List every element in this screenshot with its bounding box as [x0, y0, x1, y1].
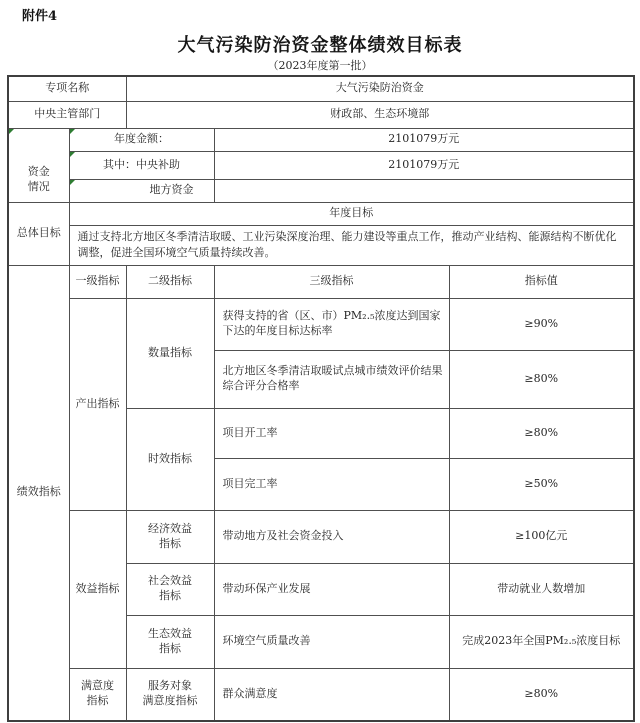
- ecological-benefit-indicator-cell: 生态效益 指标: [126, 615, 214, 668]
- overall-goal-label-cell: 总体目标: [8, 202, 69, 265]
- local-fund-label-cell: 地方资金: [69, 179, 214, 202]
- row-annual-goal-header: 总体目标 年度目标: [8, 202, 634, 225]
- row-annual-amount: 资金 情况 年度金额： 2101079万元: [8, 128, 634, 151]
- header-target-value-cell: 指标值: [449, 265, 634, 298]
- target-value-cell-2: ≥80%: [449, 350, 634, 408]
- target-value-cell-3: ≥80%: [449, 408, 634, 458]
- benefit-indicator-group-cell: 效益指标: [69, 510, 126, 668]
- green-corner-marker-icon: [70, 129, 75, 134]
- green-corner-marker-icon: [70, 152, 75, 157]
- funding-section-label-cell: 资金 情况: [8, 128, 69, 202]
- row-central-subsidy: 其中：中央补助 2101079万元: [8, 151, 634, 179]
- indicator-cell-4: 项目完工率: [214, 458, 449, 510]
- performance-section-label-cell: 绩效指标: [8, 265, 69, 721]
- target-value-cell-6: 带动就业人数增加: [449, 563, 634, 615]
- header-level2-cell: 二级指标: [126, 265, 214, 298]
- document-title: 大气污染防治资金整体绩效目标表: [0, 31, 640, 57]
- row-department: 中央主管部门 财政部、生态环境部: [8, 101, 634, 128]
- quantity-indicator-cell: 数量指标: [126, 298, 214, 408]
- target-value-cell-5: ≥100亿元: [449, 510, 634, 563]
- service-satisfaction-indicator-cell: 服务对象 满意度指标: [126, 668, 214, 721]
- department-label-cell: 中央主管部门: [8, 101, 126, 128]
- annual-amount-label-cell: 年度金额：: [69, 128, 214, 151]
- annual-goal-text-cell: 通过支持北方地区冬季清洁取暖、工业污染深度治理、能力建设等重点工作，推动产业结构…: [69, 225, 634, 265]
- document-subtitle: （2023年度第一批）: [0, 57, 640, 73]
- target-value-cell-7: 完成2023年全国PM₂.₅浓度目标: [449, 615, 634, 668]
- target-value-cell-1: ≥90%: [449, 298, 634, 350]
- annual-amount-value-cell: 2101079万元: [214, 128, 634, 151]
- central-subsidy-value-cell: 2101079万元: [214, 151, 634, 179]
- row-local-fund: 地方资金: [8, 179, 634, 202]
- target-value-cell-4: ≥50%: [449, 458, 634, 510]
- local-fund-label: 地方资金: [150, 183, 194, 196]
- indicator-cell-7: 环境空气质量改善: [214, 615, 449, 668]
- indicator-cell-2: 北方地区冬季清洁取暖试点城市绩效评价结果综合评分合格率: [214, 350, 449, 408]
- row-indicator-headers: 绩效指标 一级指标 二级指标 三级指标 指标值: [8, 265, 634, 298]
- indicator-cell-8: 群众满意度: [214, 668, 449, 721]
- funding-section-label: 资金 情况: [28, 165, 50, 193]
- annual-goal-header-cell: 年度目标: [69, 202, 634, 225]
- attachment-label: 附件4: [22, 5, 57, 24]
- department-value-cell: 财政部、生态环境部: [126, 101, 634, 128]
- green-corner-marker-icon: [9, 129, 14, 134]
- output-indicator-group-cell: 产出指标: [69, 298, 126, 510]
- indicator-cell-3: 项目开工率: [214, 408, 449, 458]
- row-indicator-5: 效益指标 经济效益 指标 带动地方及社会资金投入 ≥100亿元: [8, 510, 634, 563]
- social-benefit-indicator-cell: 社会效益 指标: [126, 563, 214, 615]
- header-level3-cell: 三级指标: [214, 265, 449, 298]
- performance-target-table: 专项名称 大气污染防治资金 中央主管部门 财政部、生态环境部 资金 情况 年度金…: [7, 75, 635, 722]
- header-level1-cell: 一级指标: [69, 265, 126, 298]
- indicator-cell-1: 获得支持的省（区、市）PM₂.₅浓度达到国家下达的年度目标达标率: [214, 298, 449, 350]
- economic-benefit-indicator-cell: 经济效益 指标: [126, 510, 214, 563]
- row-indicator-1: 产出指标 数量指标 获得支持的省（区、市）PM₂.₅浓度达到国家下达的年度目标达…: [8, 298, 634, 350]
- row-project-name: 专项名称 大气污染防治资金: [8, 76, 634, 101]
- indicator-cell-5: 带动地方及社会资金投入: [214, 510, 449, 563]
- timeliness-indicator-cell: 时效指标: [126, 408, 214, 510]
- row-indicator-8: 满意度 指标 服务对象 满意度指标 群众满意度 ≥80%: [8, 668, 634, 721]
- project-name-value-cell: 大气污染防治资金: [126, 76, 634, 101]
- annual-amount-label: 年度金额：: [114, 132, 169, 145]
- local-fund-value-cell: [214, 179, 634, 202]
- project-name-label-cell: 专项名称: [8, 76, 126, 101]
- central-subsidy-label: 其中：中央补助: [103, 158, 180, 171]
- row-annual-goal-text: 通过支持北方地区冬季清洁取暖、工业污染深度治理、能力建设等重点工作，推动产业结构…: [8, 225, 634, 265]
- central-subsidy-label-cell: 其中：中央补助: [69, 151, 214, 179]
- green-corner-marker-icon: [70, 180, 75, 185]
- indicator-cell-6: 带动环保产业发展: [214, 563, 449, 615]
- satisfaction-indicator-group-cell: 满意度 指标: [69, 668, 126, 721]
- target-value-cell-8: ≥80%: [449, 668, 634, 721]
